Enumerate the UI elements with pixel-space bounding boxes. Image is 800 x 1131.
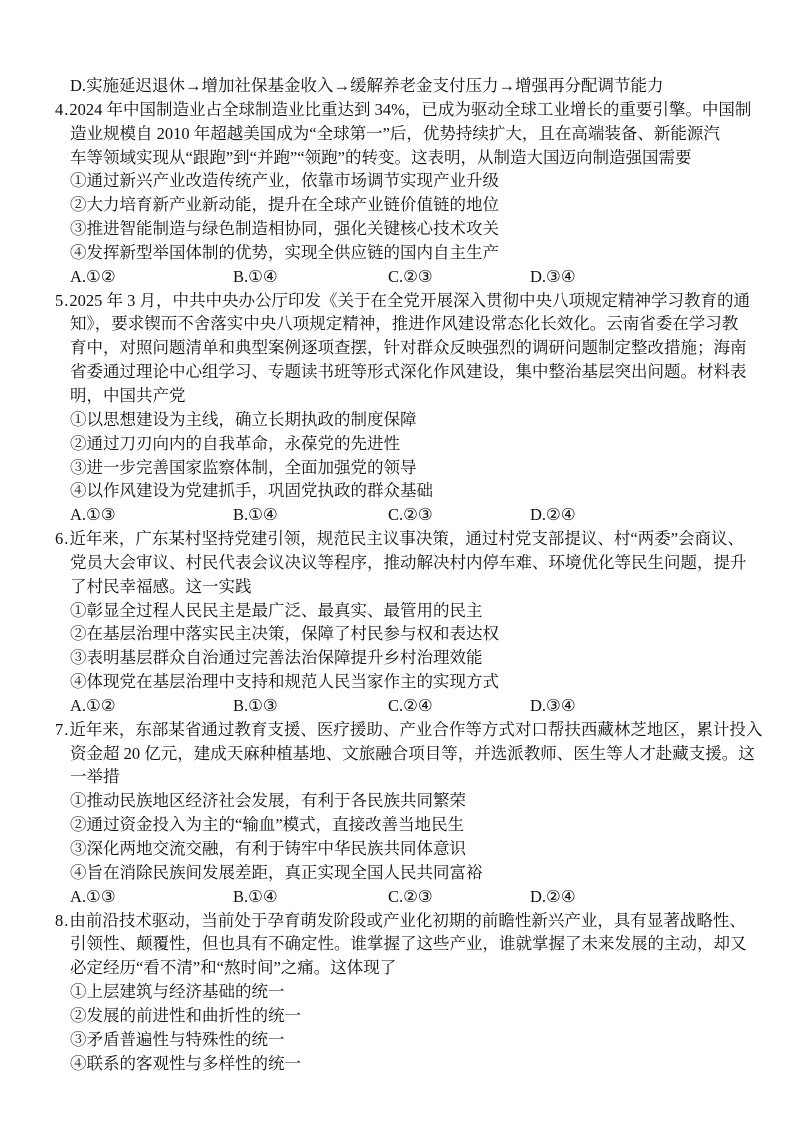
choice-b: B.①③ bbox=[233, 694, 388, 718]
question-stem-line: 引领性、颠覆性，但也具有不确定性。谁掌握了这些产业，谁就掌握了未来发展的主动，却… bbox=[70, 932, 762, 956]
choice-b: B.①④ bbox=[233, 503, 388, 527]
question-number: 6. bbox=[55, 529, 69, 548]
question-number: 8. bbox=[55, 911, 69, 930]
question-item-4: ④旨在消除民族间发展差距，真正实现全国人民共同富裕 bbox=[70, 861, 762, 885]
choice-c: C.②④ bbox=[388, 694, 530, 718]
question-number: 7. bbox=[55, 720, 69, 739]
choices-row: A.①②B.①④C.②③D.③④ bbox=[70, 265, 762, 289]
question-item-1: ①推动民族地区经济社会发展，有利于各民族共同繁荣 bbox=[70, 789, 762, 813]
question-stem-line: 了村民幸福感。这一实践 bbox=[70, 575, 762, 599]
question-stem-first-line: 5.2025 年 3 月，中共中央办公厅印发《关于在全党开展深入贯彻中央八项规定… bbox=[70, 289, 762, 313]
carryover-option-d: D.实施延迟退休→增加社保基金收入→缓解养老金支付压力→增强再分配调节能力 bbox=[70, 74, 762, 98]
question-stem-first-line: 6.近年来，广东某村坚持党建引领，规范民主议事决策，通过村党支部提议、村“两委”… bbox=[70, 527, 762, 551]
question-item-4: ④以作风建设为党建抓手，巩固党执政的群众基础 bbox=[70, 479, 762, 503]
question-item-3: ③深化两地交流交融，有利于铸牢中华民族共同体意识 bbox=[70, 837, 762, 861]
exam-paper-page: D.实施延迟退休→增加社保基金收入→缓解养老金支付压力→增强再分配调节能力 4.… bbox=[0, 0, 800, 1131]
choices-row: A.①③B.①④C.②③D.②④ bbox=[70, 885, 762, 909]
choices-row: A.①②B.①③C.②④D.③④ bbox=[70, 694, 762, 718]
choice-b: B.①④ bbox=[233, 265, 388, 289]
question-stem-line: 知》，要求锲而不舍落实中央八项规定精神，推进作风建设常态化长效化。云南省委在学习… bbox=[70, 312, 762, 336]
choice-c: C.②③ bbox=[388, 503, 530, 527]
choice-a: A.①③ bbox=[70, 885, 233, 909]
question-stem-line: 省委通过理论中心组学习、专题读书班等形式深化作风建设，集中整治基层突出问题。材料… bbox=[70, 360, 762, 384]
choice-a: A.①② bbox=[70, 694, 233, 718]
question-6: 6.近年来，广东某村坚持党建引领，规范民主议事决策，通过村党支部提议、村“两委”… bbox=[70, 527, 762, 718]
question-item-4: ④体现党在基层治理中支持和规范人民当家作主的实现方式 bbox=[70, 670, 762, 694]
choice-d: D.②④ bbox=[530, 885, 576, 909]
choice-b: B.①④ bbox=[233, 885, 388, 909]
choice-a: A.①③ bbox=[70, 503, 233, 527]
question-stem-text: 2024 年中国制造业占全球制造业比重达到 34%，已成为驱动全球工业增长的重要… bbox=[69, 100, 751, 119]
question-stem-line: 造业规模自 2010 年超越美国成为“全球第一”后，优势持续扩大，且在高端装备、… bbox=[70, 122, 762, 146]
choice-c: C.②③ bbox=[388, 885, 530, 909]
question-stem-line: 必定经历“看不清”和“熬时间”之痛。这体现了 bbox=[70, 956, 762, 980]
question-item-4: ④发挥新型举国体制的优势，实现全供应链的国内自主生产 bbox=[70, 241, 762, 265]
question-stem-first-line: 7.近年来，东部某省通过教育支援、医疗援助、产业合作等方式对口帮扶西藏林芝地区，… bbox=[70, 718, 762, 742]
question-stem-first-line: 8.由前沿技术驱动，当前处于孕育萌发阶段或产业化初期的前瞻性新兴产业，具有显著战… bbox=[70, 909, 762, 933]
question-5: 5.2025 年 3 月，中共中央办公厅印发《关于在全党开展深入贯彻中央八项规定… bbox=[70, 289, 762, 527]
question-stem-text: 由前沿技术驱动，当前处于孕育萌发阶段或产业化初期的前瞻性新兴产业，具有显著战略性… bbox=[69, 911, 746, 930]
choices-row: A.①③B.①④C.②③D.②④ bbox=[70, 503, 762, 527]
question-item-1: ①通过新兴产业改造传统产业，依靠市场调节实现产业升级 bbox=[70, 169, 762, 193]
question-item-3: ③推进智能制造与绿色制造相协同，强化关键核心技术攻关 bbox=[70, 217, 762, 241]
question-item-4: ④联系的客观性与多样性的统一 bbox=[70, 1052, 762, 1076]
question-number: 4. bbox=[55, 100, 69, 119]
question-item-3: ③表明基层群众自治通过完善法治保障提升乡村治理效能 bbox=[70, 646, 762, 670]
question-stem-text: 近年来，广东某村坚持党建引领，规范民主议事决策，通过村党支部提议、村“两委”会商… bbox=[69, 529, 744, 548]
question-item-3: ③进一步完善国家监察体制，全面加强党的领导 bbox=[70, 456, 762, 480]
question-item-1: ①上层建筑与经济基础的统一 bbox=[70, 980, 762, 1004]
question-8: 8.由前沿技术驱动，当前处于孕育萌发阶段或产业化初期的前瞻性新兴产业，具有显著战… bbox=[70, 909, 762, 1076]
question-7: 7.近年来，东部某省通过教育支援、医疗援助、产业合作等方式对口帮扶西藏林芝地区，… bbox=[70, 718, 762, 909]
question-4: 4.2024 年中国制造业占全球制造业比重达到 34%，已成为驱动全球工业增长的… bbox=[70, 98, 762, 289]
question-stem-line: 一举措 bbox=[70, 765, 762, 789]
question-stem-line: 资金超 20 亿元，建成天麻种植基地、文旅融合项目等，并选派教师、医生等人才赴藏… bbox=[70, 742, 762, 766]
question-stem-first-line: 4.2024 年中国制造业占全球制造业比重达到 34%，已成为驱动全球工业增长的… bbox=[70, 98, 762, 122]
question-item-1: ①以思想建设为主线，确立长期执政的制度保障 bbox=[70, 408, 762, 432]
question-item-2: ②大力培育新产业新动能，提升在全球产业链价值链的地位 bbox=[70, 193, 762, 217]
question-stem-line: 育中，对照问题清单和典型案例逐项查摆，针对群众反映强烈的调研问题制定整改措施；海… bbox=[70, 336, 762, 360]
question-stem-text: 2025 年 3 月，中共中央办公厅印发《关于在全党开展深入贯彻中央八项规定精神… bbox=[69, 291, 750, 310]
choice-a: A.①② bbox=[70, 265, 233, 289]
question-item-2: ②通过资金投入为主的“输血”模式，直接改善当地民生 bbox=[70, 813, 762, 837]
choice-d: D.③④ bbox=[530, 265, 576, 289]
choice-c: C.②③ bbox=[388, 265, 530, 289]
question-item-1: ①彰显全过程人民民主是最广泛、最真实、最管用的民主 bbox=[70, 599, 762, 623]
question-number: 5. bbox=[55, 291, 69, 310]
question-item-2: ②通过刀刃向内的自我革命，永葆党的先进性 bbox=[70, 432, 762, 456]
question-stem-line: 党员大会审议、村民代表会议决议等程序，推动解决村内停车难、环境优化等民生问题，提… bbox=[70, 551, 762, 575]
choice-d: D.②④ bbox=[530, 503, 576, 527]
choice-d: D.③④ bbox=[530, 694, 576, 718]
question-stem-line: 车等领域实现从“跟跑”到“并跑”“领跑”的转变。这表明，从制造大国迈向制造强国需… bbox=[70, 146, 762, 170]
question-item-3: ③矛盾普遍性与特殊性的统一 bbox=[70, 1028, 762, 1052]
question-item-2: ②发展的前进性和曲折性的统一 bbox=[70, 1004, 762, 1028]
question-stem-text: 近年来，东部某省通过教育支援、医疗援助、产业合作等方式对口帮扶西藏林芝地区，累计… bbox=[69, 720, 762, 739]
question-stem-line: 明，中国共产党 bbox=[70, 384, 762, 408]
question-item-2: ②在基层治理中落实民主决策，保障了村民参与权和表达权 bbox=[70, 622, 762, 646]
